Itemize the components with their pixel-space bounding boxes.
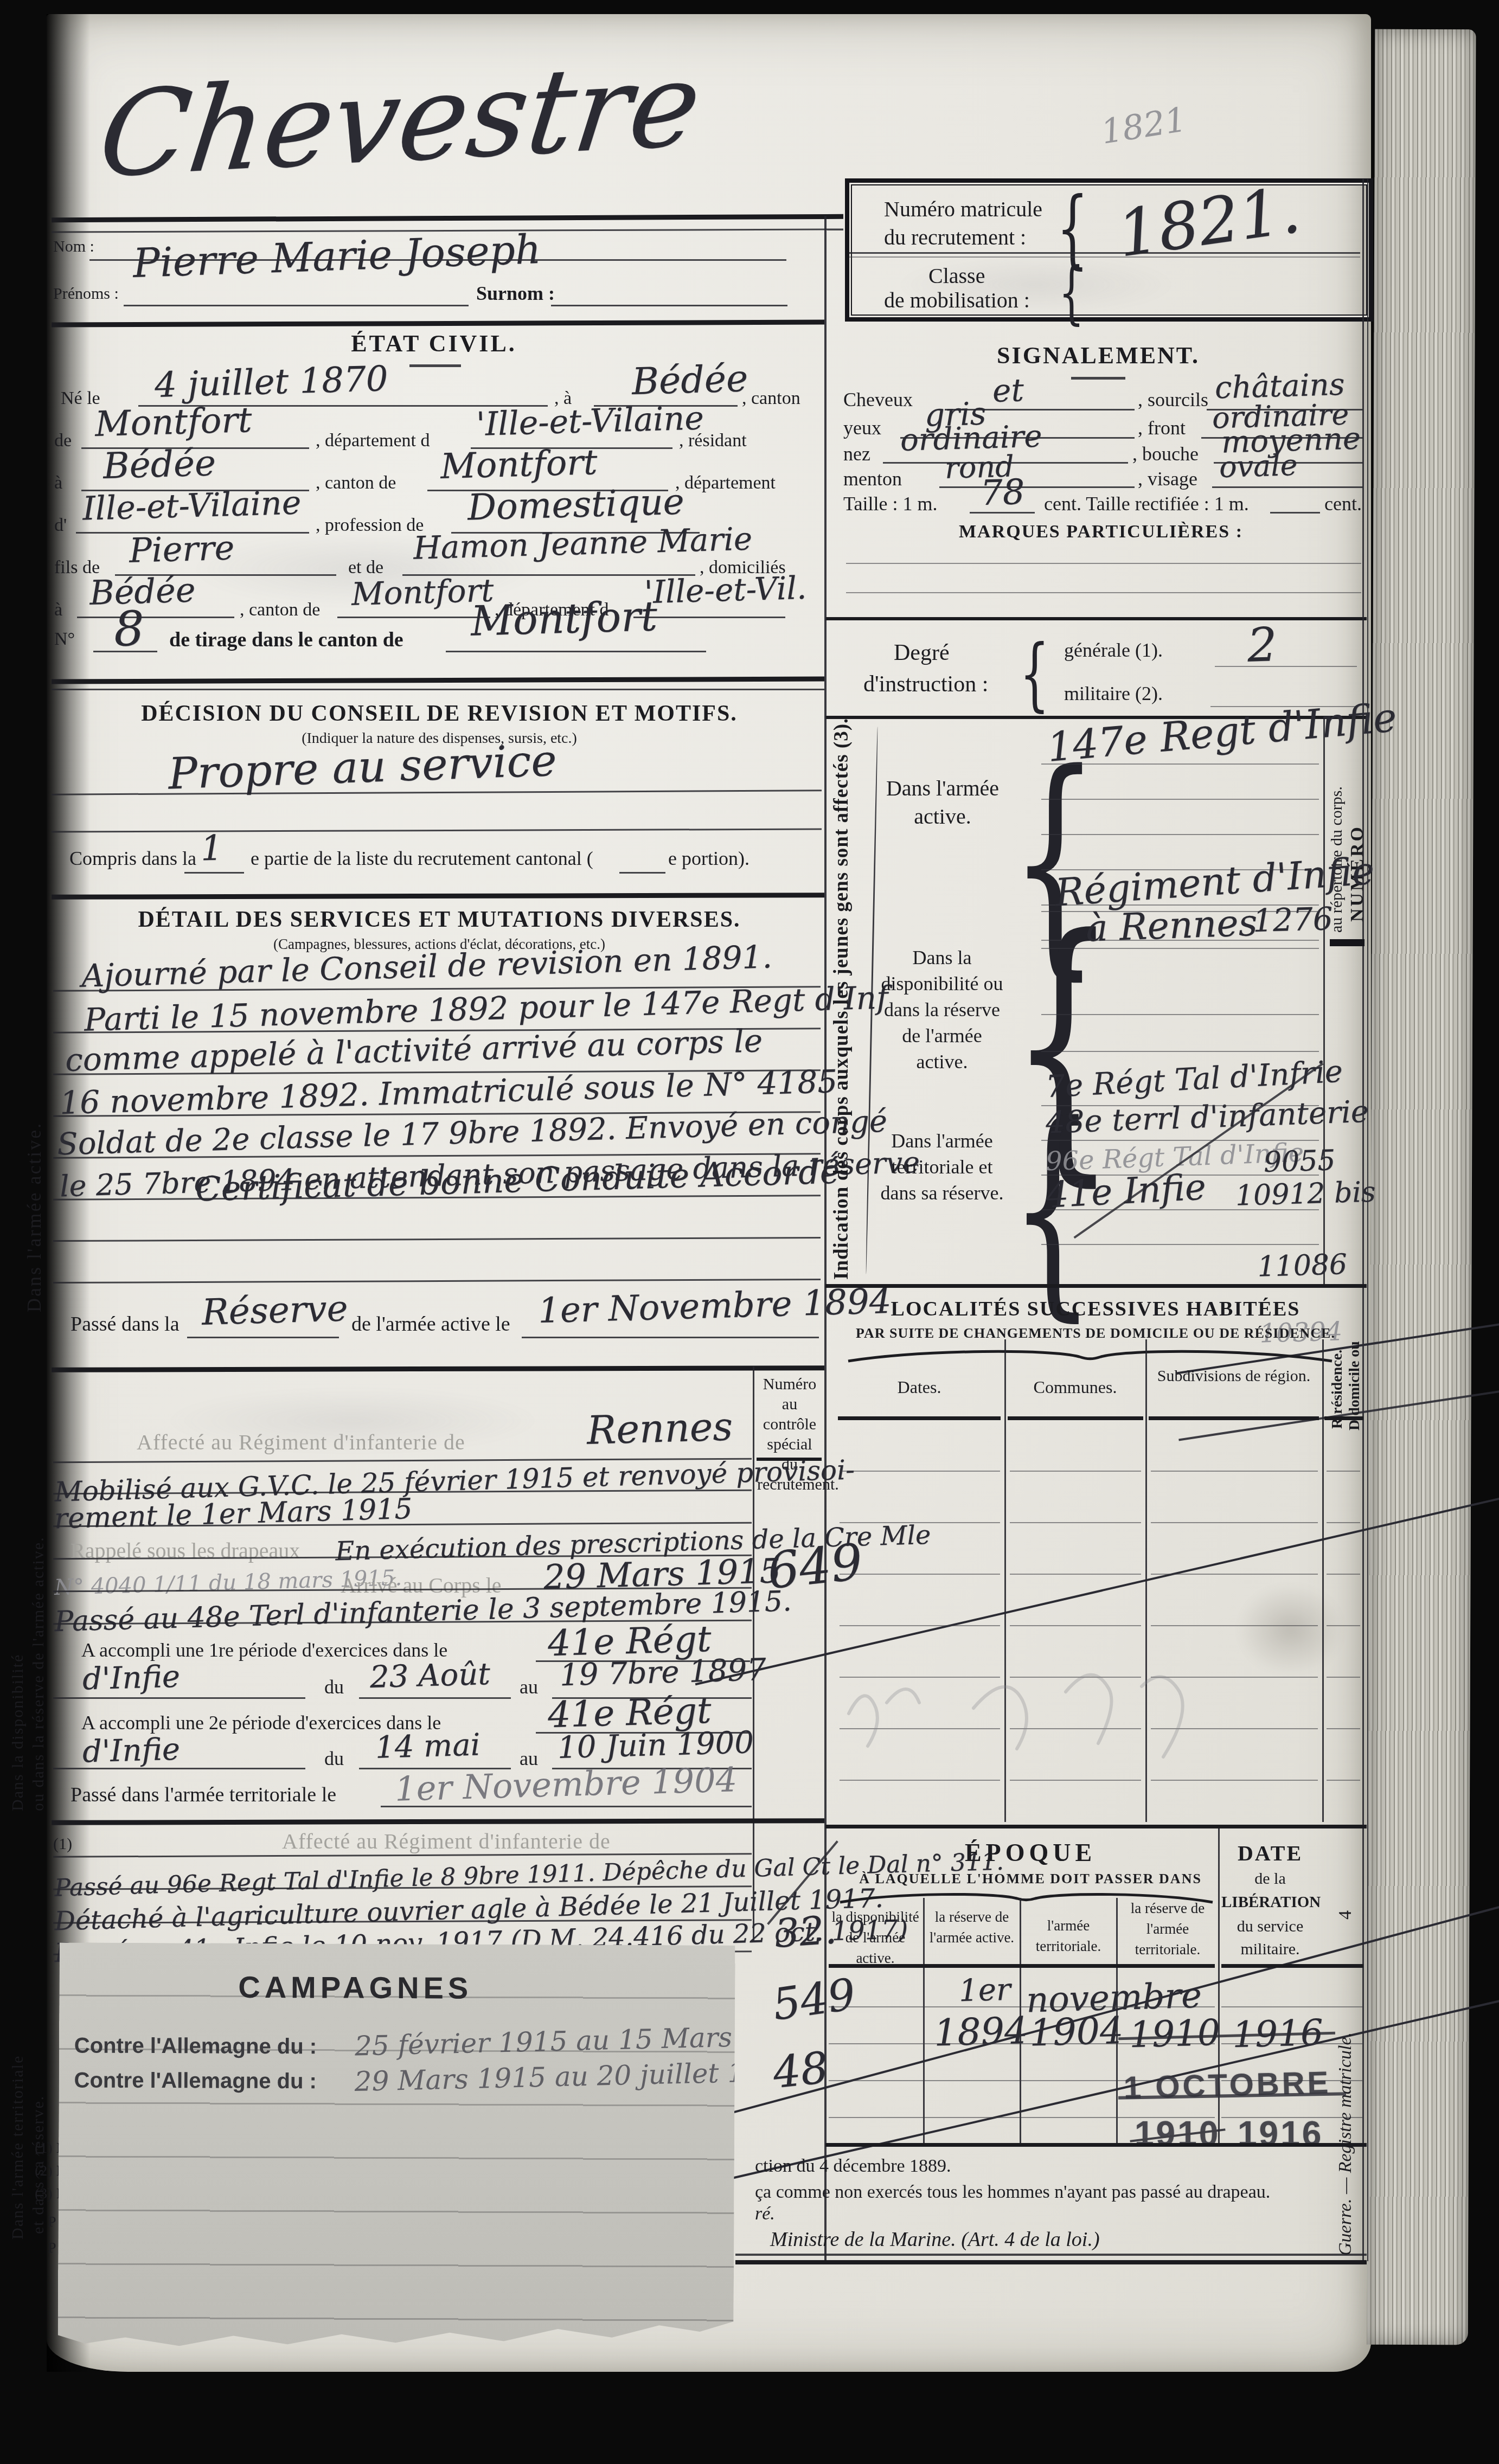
corps-dispo-entry: à Rennes — [1085, 902, 1258, 951]
row-line — [1327, 1471, 1360, 1472]
row-line — [1327, 1677, 1360, 1678]
residence-canton: Montfort — [440, 442, 598, 487]
taille-rectifiee-label: cent. Taille rectifiée : 1 m. — [1044, 492, 1249, 515]
date-liberation-header: LIBÉRATION — [1221, 1894, 1319, 1911]
epoque-1910-struck: 1910 — [1129, 2012, 1221, 2056]
brace: { — [1059, 254, 1084, 333]
affecte-value: Rennes — [586, 1403, 733, 1453]
du-label: du — [324, 1676, 344, 1698]
residence-departement: Ille-et-Vilaine — [82, 484, 302, 528]
campagne-dates: 29 Mars 1915 au 20 juillet 1917 — [354, 2056, 797, 2097]
nez-label: nez — [843, 442, 870, 465]
dotted-line — [1041, 1105, 1319, 1106]
epoque-col4-header: la réserve de l'armée territoriale. — [1119, 1898, 1216, 1960]
passe-reserve-label: de l'armée active le — [351, 1312, 510, 1336]
prenoms-line — [124, 305, 469, 306]
corps-margin-label: Indication des corps auxquels les jeunes… — [830, 727, 853, 1280]
field-label: , canton — [742, 388, 800, 409]
entry-line — [184, 872, 244, 874]
title-underline — [1071, 377, 1125, 380]
epoque-1904: 1904 — [1029, 2010, 1124, 2055]
column-divider-main — [824, 216, 827, 2261]
passe-territoriale-label: Passé dans l'armée territoriale le — [71, 1783, 336, 1807]
compris-label: Compris dans la — [69, 847, 196, 870]
entry-line — [53, 1697, 305, 1699]
entry-line — [359, 1697, 511, 1699]
services-title: DÉTAIL DES SERVICES ET MUTATIONS DIVERSE… — [87, 907, 792, 933]
rule — [825, 1825, 1367, 1828]
row-line — [1151, 1471, 1318, 1472]
stamp-1-octobre: 1 OCTOBRE — [1123, 2064, 1331, 2106]
row-line — [1327, 1780, 1360, 1781]
registre-caption-number: 4 — [1335, 1887, 1356, 1920]
row-line — [1327, 1574, 1360, 1575]
dotted-line — [1041, 1175, 1319, 1176]
entry-line — [939, 486, 1135, 488]
periode2-debut: 14 mai — [375, 1727, 481, 1765]
dotted-line — [1041, 948, 1319, 949]
epoque-divider — [923, 1898, 925, 2143]
rule — [825, 2143, 1367, 2147]
entry-line — [337, 617, 490, 618]
decorative-brace — [846, 1348, 1334, 1363]
row-line — [1327, 1728, 1360, 1729]
periode1-label: A accompli une 1re période d'exercices d… — [81, 1639, 447, 1661]
row-line — [829, 2043, 1215, 2044]
row-line — [1010, 1471, 1141, 1472]
col-header-domicile-residence: D domicile ou — [1346, 1295, 1363, 1430]
entry-line — [446, 651, 706, 652]
table-divider — [1322, 1339, 1324, 1822]
entry-line — [93, 651, 157, 652]
cent-label: cent. — [1324, 492, 1362, 515]
row-line — [1151, 1522, 1318, 1523]
territoriale-number: 32. — [773, 1907, 838, 1956]
campagnes-paper-slip: CAMPAGNES Contre l'Allemagne du : 25 fév… — [57, 1942, 735, 2358]
campagnes-title: CAMPAGNES — [238, 1969, 472, 2006]
date-liberation-header: militaire. — [1221, 1940, 1319, 1959]
degre-label: Degré — [894, 640, 950, 666]
date-liberation-header: de la — [1221, 1870, 1319, 1888]
birth-canton: Montfort — [94, 400, 252, 445]
footnote-marine: Ministre de la Marine. (Art. 4 de la loi… — [770, 2228, 1100, 2251]
degre-generale-value: 2 — [1247, 618, 1278, 672]
dotted-line — [1041, 763, 1319, 765]
date-liberation-header: DATE — [1221, 1840, 1319, 1866]
footnote-left: P — [48, 2240, 56, 2257]
corps-terr-number: 10912 bis — [1235, 1176, 1376, 1212]
affecte-label: Affecté au Régiment d'infanterie de — [137, 1429, 465, 1455]
footnote-left: P — [48, 2213, 56, 2231]
dotted-line — [1041, 834, 1319, 835]
localites-title: LOCALITÉS SUCCESSIVES HABITÉES — [841, 1297, 1350, 1321]
row-line — [1010, 1625, 1141, 1626]
footnote-right: ction du 4 décembre 1889. — [755, 2156, 951, 2177]
corps-dispo-label: Dans la disponibilité ou dans la réserve… — [880, 945, 1004, 1075]
rule — [849, 252, 1360, 254]
rule — [52, 689, 824, 690]
col-header-communes: Communes. — [1009, 1377, 1142, 1397]
cheveux-label: Cheveux — [843, 388, 913, 411]
footnote-ref: (1) — [53, 1835, 72, 1853]
field-label: à — [54, 473, 62, 493]
passe-reserve-value: Réserve — [201, 1287, 349, 1333]
signalement-title: SIGNALEMENT. — [922, 342, 1274, 369]
periode1-inf: d'Infie — [82, 1659, 181, 1697]
periode2-inf: d'Infie — [82, 1732, 181, 1770]
row-line — [1151, 1625, 1318, 1626]
affecte-label-territoriale: Affecté au Régiment d'infanterie de — [282, 1828, 611, 1854]
passe-reserve-label: Passé dans la — [71, 1312, 180, 1336]
marques-title: MARQUES PARTICULIÈRES : — [868, 522, 1334, 542]
col-header-dates: Dates. — [838, 1377, 1001, 1397]
footnote-right: ça comme non exercés tous les hommes n'a… — [755, 2182, 1270, 2203]
field-label: , résidant — [679, 431, 747, 451]
field-label: , profession de — [316, 515, 424, 536]
rule — [849, 256, 1360, 258]
dotted-line — [1041, 1209, 1319, 1210]
entry-line — [53, 1768, 305, 1769]
rule — [825, 617, 1367, 620]
bottom-rule — [735, 2254, 1367, 2256]
entry-line — [522, 1337, 819, 1338]
epoque-col2-header: la réserve de l'armée active. — [926, 1907, 1017, 1948]
header-rule — [829, 1964, 1215, 1968]
tirage-no-label: N° — [54, 629, 75, 650]
row-line — [1151, 1574, 1318, 1575]
margin-label-dispo: ou dans la réserve de l'armée active. — [29, 1377, 48, 1811]
header-rule — [1149, 1416, 1319, 1420]
campagne-label: Contre l'Allemagne du : — [74, 2033, 317, 2059]
row-line — [840, 1471, 1000, 1472]
generale-label: générale (1). — [1064, 639, 1163, 662]
corps-terr-entry: 41e Infie — [1045, 1166, 1207, 1216]
epoque-col1-header: la disponibilité de l'armée active. — [830, 1907, 921, 1968]
entry-line — [1215, 666, 1357, 667]
dotted-line — [1041, 1051, 1319, 1052]
du-label: du — [324, 1747, 344, 1770]
dotted-line — [1041, 911, 1319, 912]
margin-label-armee-active: Dans l'armée active. — [23, 933, 46, 1312]
page-inner-edge — [1362, 179, 1364, 2261]
compris-label: e partie de la liste du recrutement cant… — [251, 847, 593, 870]
row-line — [840, 1625, 1000, 1626]
periode2-fin: 10 Juin 1900 — [557, 1725, 754, 1766]
classe-label: de mobilisation : — [884, 287, 1030, 313]
entry-line — [1270, 512, 1320, 514]
dotted-line — [1041, 799, 1319, 800]
entry-line — [77, 617, 234, 618]
field-label: , département — [675, 473, 776, 493]
blank-line — [846, 592, 1361, 593]
yeux-label: yeux — [843, 416, 881, 439]
father-name: Pierre — [129, 528, 235, 570]
field-label: de — [54, 431, 72, 451]
sourcils-label: , sourcils — [1138, 388, 1208, 411]
title-underline — [409, 364, 461, 367]
margin-label-dispo: Dans la disponibilité — [9, 1388, 27, 1811]
row-line — [840, 1574, 1000, 1575]
tirage-label: de tirage dans le canton de — [169, 628, 403, 652]
surnom-label: Surnom : — [476, 282, 555, 305]
surnom-line — [551, 305, 787, 306]
matricule-label: du recrutement : — [884, 224, 1026, 250]
cheveux-value: et — [992, 371, 1024, 409]
corps-terr-label: Dans l'armée territoriale et dans sa rés… — [880, 1128, 1004, 1206]
field-label: , canton de — [316, 473, 396, 493]
field-label: d' — [54, 515, 67, 536]
epoque-subtitle: À LAQUELLE L'HOMME DOIT PASSER DANS — [846, 1871, 1215, 1887]
epoque-col3-header: l'armée territoriale. — [1023, 1915, 1114, 1956]
periode1-debut: 23 Août — [369, 1657, 491, 1695]
blank-line — [846, 563, 1361, 564]
birth-place: Bédée — [631, 357, 748, 403]
birth-date: 4 juillet 1870 — [154, 359, 388, 406]
date-liberation-header: du service — [1221, 1917, 1319, 1936]
menton-label: menton — [843, 467, 902, 490]
corps-terr-number: 9055 — [1263, 1144, 1336, 1179]
page-inner-edge — [1367, 179, 1368, 2261]
residence: Bédée — [103, 442, 216, 487]
dotted-line — [1041, 1140, 1319, 1141]
faint-pencil-scribble — [838, 1648, 1315, 1789]
epoque-1er: 1er — [958, 1972, 1011, 2009]
header-rule — [1008, 1416, 1143, 1420]
tirage-canton: Montfort — [470, 592, 658, 645]
numero-tick — [1330, 939, 1365, 946]
registre-caption: Guerre. — Registre matricule. — [1335, 1930, 1356, 2256]
row-line — [829, 2006, 1215, 2007]
front-label: , front — [1138, 416, 1186, 439]
col-header-domicile-residence: R résidence. — [1329, 1299, 1346, 1429]
corps-active-label: Dans l'armée active. — [877, 774, 1008, 831]
bottom-rule — [735, 2260, 1367, 2264]
field-label: à — [54, 600, 62, 620]
etat-civil-title: ÉTAT CIVIL. — [271, 330, 597, 357]
bouche-label: , bouche — [1132, 442, 1199, 465]
field-label: , canton de — [240, 600, 320, 620]
epoque-1894: 1894 — [933, 2010, 1028, 2055]
footnote-right: ré. — [755, 2204, 775, 2224]
dotted-line — [1041, 1014, 1319, 1015]
decision-title: DÉCISION DU CONSEIL DE REVISION ET MOTIF… — [87, 701, 792, 727]
compris-label: e portion). — [668, 847, 749, 870]
entry-line — [381, 1806, 752, 1807]
brace: { — [1020, 628, 1049, 721]
taille-label: Taille : 1 m. — [843, 492, 937, 515]
row-line — [1010, 1574, 1141, 1575]
periode1-fin: 19 7bre 1897 — [559, 1652, 766, 1693]
rappele-label: Rappelé sous les drapeaux — [71, 1538, 300, 1563]
militaire-label: militaire (2). — [1064, 682, 1163, 705]
header-rule — [1324, 1416, 1363, 1420]
row-line — [1327, 1625, 1360, 1626]
campagne-label: Contre l'Allemagne du : — [74, 2068, 317, 2094]
epoque-title: ÉPOQUE — [846, 1838, 1215, 1867]
localites-subtitle: PAR SUITE DE CHANGEMENTS DE DOMICILE OU … — [841, 1325, 1350, 1342]
entry-line — [970, 512, 1035, 514]
register-scan-page: Chevestre 1821 Nom : Pierre Marie Joseph… — [0, 0, 1499, 2464]
rule — [825, 1284, 1367, 1288]
field-label: , département d — [316, 431, 430, 451]
margin-label-territoriale: Dans l'armée territoriale — [9, 1827, 27, 2240]
compris-value: 1 — [200, 828, 223, 869]
prenoms-label: Prénoms : — [53, 285, 119, 303]
au-label: au — [520, 1676, 538, 1698]
birth-departement: 'Ille-et-Vilaine — [476, 399, 704, 444]
stamp-1916: 1916 — [1238, 2114, 1323, 2154]
tirage-number: 8 — [113, 600, 145, 657]
dotted-line — [1041, 1244, 1319, 1245]
col-header-subdivisions: Subdivisions de région. — [1152, 1365, 1315, 1387]
domicile-departement: 'Ille-et-Vil. — [644, 569, 807, 611]
taille-value: 78 — [980, 472, 1025, 514]
entry-line — [619, 872, 665, 874]
visage-label: , visage — [1138, 467, 1197, 490]
entry-line — [187, 1337, 339, 1338]
stamp-1910-struck: 1910 — [1135, 2114, 1220, 2154]
row-line — [1327, 1522, 1360, 1523]
row-line — [840, 1522, 1000, 1523]
entry-line — [1212, 486, 1363, 488]
classe-label: Classe — [928, 263, 985, 288]
row-line — [1010, 1522, 1141, 1523]
nom-label: Nom : — [53, 238, 94, 256]
corps-dispo-number: 1276 — [1252, 900, 1333, 939]
degre-label: d'instruction : — [863, 671, 988, 697]
profession: Domestique — [467, 480, 685, 528]
matricule-label: Numéro matricule — [884, 196, 1042, 222]
header-rule — [838, 1416, 1001, 1420]
visage-value: ovale — [1219, 448, 1298, 484]
